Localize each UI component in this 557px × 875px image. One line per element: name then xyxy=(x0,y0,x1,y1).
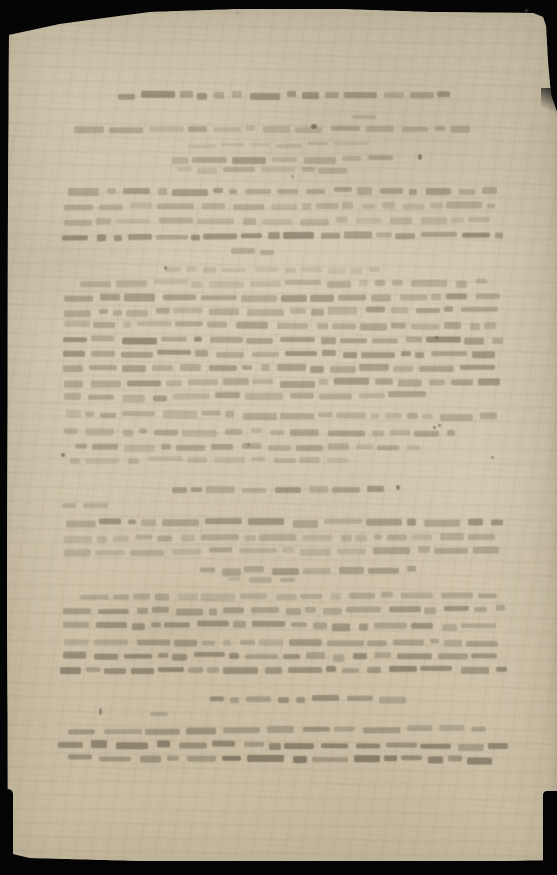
ink-speck xyxy=(99,708,102,715)
faded-text-line xyxy=(68,754,495,765)
faded-text-line xyxy=(64,306,500,319)
faded-text-line xyxy=(74,125,470,136)
faded-text-line xyxy=(177,166,353,175)
faded-text-line xyxy=(63,605,505,617)
faded-text-line xyxy=(64,216,490,228)
faded-text-line xyxy=(66,518,503,529)
ink-speck xyxy=(311,124,317,129)
faded-text-line xyxy=(66,410,497,423)
faded-text-line xyxy=(172,486,392,496)
ink-speck xyxy=(491,456,494,459)
faded-text-line xyxy=(64,320,498,333)
faded-text-layer xyxy=(0,0,557,875)
ink-speck xyxy=(164,266,167,270)
ink-speck xyxy=(396,485,400,490)
ink-speck xyxy=(236,11,239,14)
faded-text-line xyxy=(172,155,393,165)
faded-text-line xyxy=(200,566,416,577)
faded-text-line xyxy=(118,91,450,101)
ink-speck xyxy=(291,175,294,178)
faded-text-line xyxy=(63,652,505,663)
faded-text-line xyxy=(165,266,380,275)
faded-text-line xyxy=(64,427,455,439)
ink-speck xyxy=(418,154,422,160)
faded-text-line xyxy=(68,187,497,197)
faded-text-line xyxy=(64,391,432,403)
ink-speck xyxy=(435,336,438,339)
faded-text-line xyxy=(64,546,503,559)
ink-speck xyxy=(433,426,436,429)
ink-speck xyxy=(247,443,250,446)
faded-text-line xyxy=(70,456,350,465)
faded-text-line xyxy=(231,248,274,257)
faded-text-line xyxy=(64,292,500,304)
faded-text-line xyxy=(68,725,497,738)
faded-text-line xyxy=(64,637,503,649)
ink-speck xyxy=(525,9,528,12)
faded-text-line xyxy=(150,710,168,718)
faded-text-line xyxy=(80,279,495,290)
faded-text-line xyxy=(63,364,500,374)
faded-text-line xyxy=(62,230,503,243)
faded-text-line xyxy=(64,201,495,212)
faded-text-line xyxy=(63,350,503,361)
ink-speck xyxy=(61,453,65,457)
faded-text-line xyxy=(64,532,498,544)
ink-speck xyxy=(438,424,441,427)
faded-text-line xyxy=(60,666,507,676)
scanned-document-photo xyxy=(0,0,557,875)
faded-text-line xyxy=(352,113,376,120)
faded-text-line xyxy=(228,577,295,586)
faded-text-line xyxy=(80,591,500,602)
faded-text-line xyxy=(58,740,508,752)
faded-text-line xyxy=(210,695,406,706)
faded-text-line xyxy=(188,141,380,149)
faded-text-line xyxy=(64,377,500,388)
faded-text-line xyxy=(62,501,108,509)
background-bottom-strip xyxy=(0,861,557,875)
faded-text-line xyxy=(63,620,505,633)
